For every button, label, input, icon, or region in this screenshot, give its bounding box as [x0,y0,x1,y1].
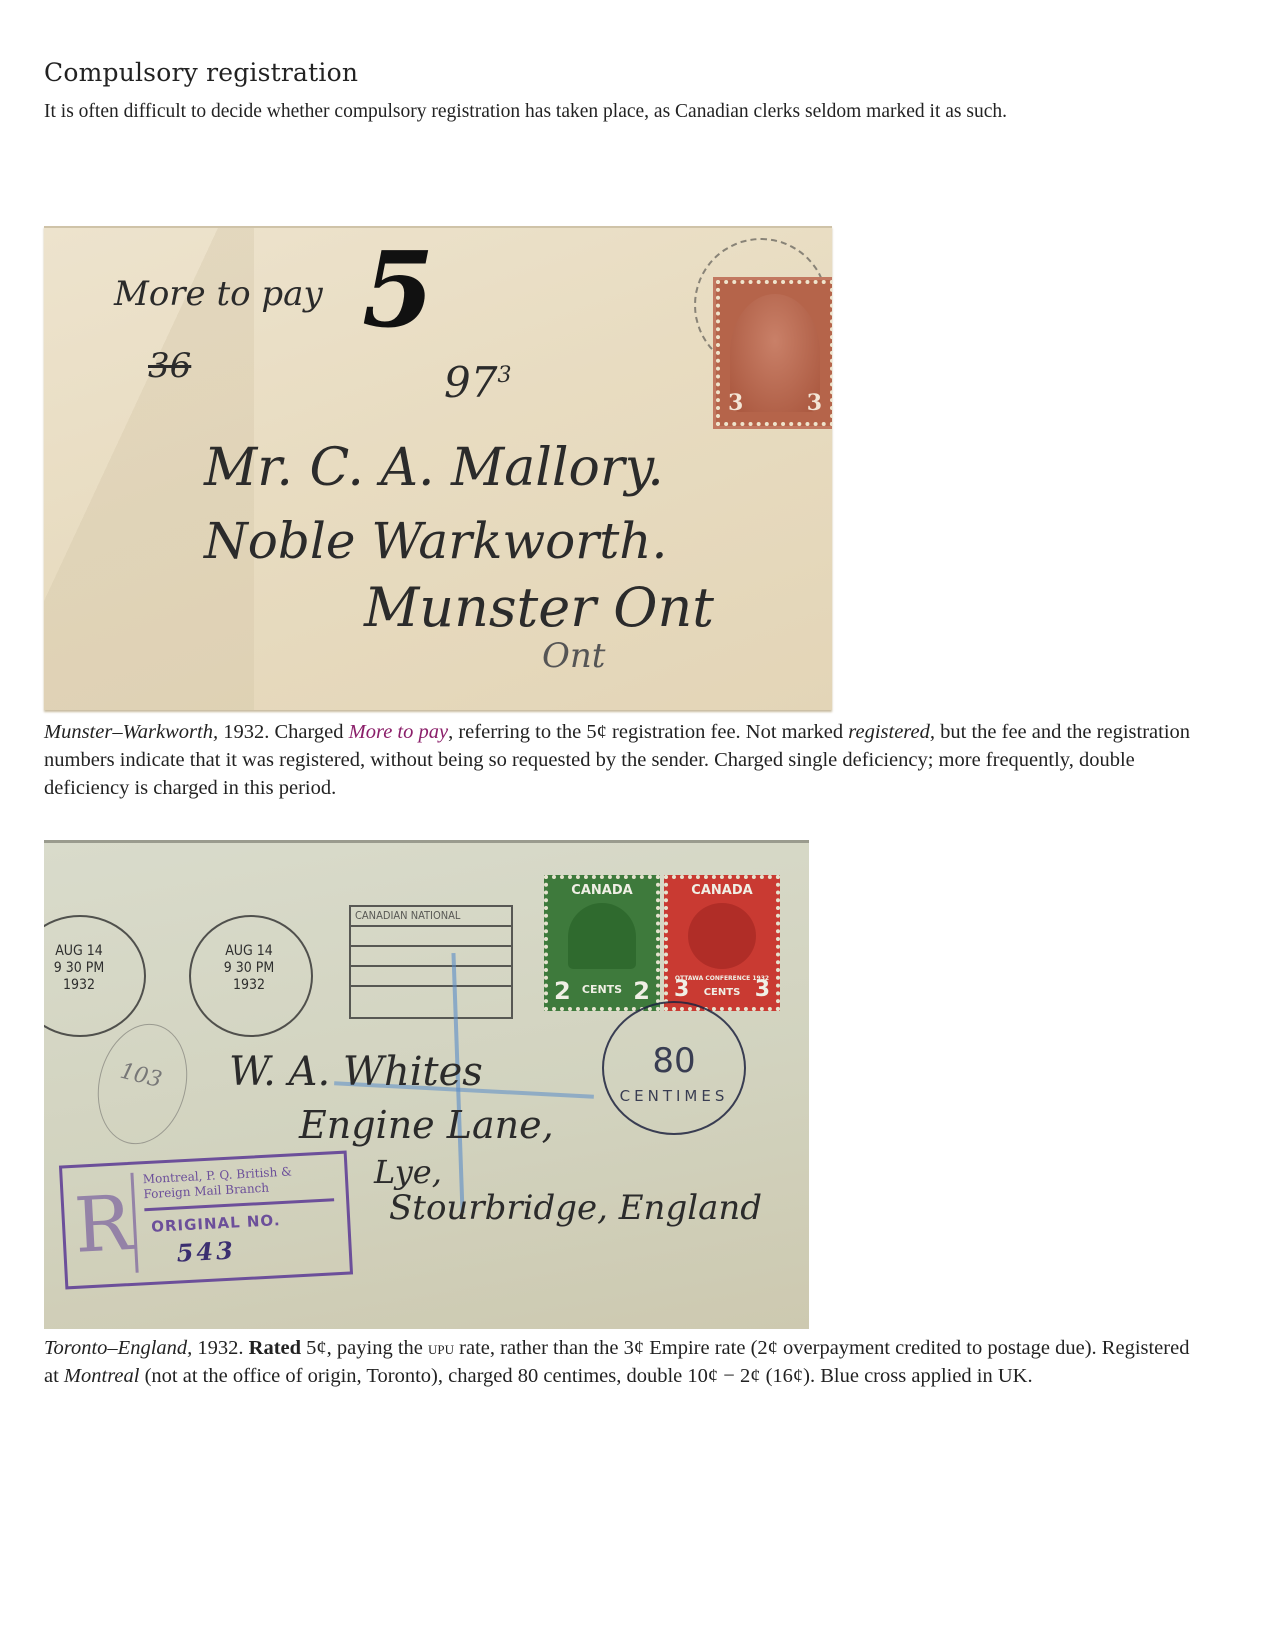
more-to-pay-note: More to pay [114,274,323,314]
cover-image-munster-warkworth: More to pay 5 36 973 3 3 Mr. C. A. Mallo… [44,226,832,710]
address-line-1: Mr. C. A. Mallory. [204,438,664,498]
stamp-3-cents-red: CANADA 3 OTTAWA CONFERENCE 1932 CENTS 3 [664,875,780,1011]
reg-number: 973 [444,358,511,407]
address-line-2: Noble Warkworth. [204,512,667,570]
registration-handstamp: R Montreal, P. Q. British & Foreign Mail… [59,1151,353,1290]
slogan-cancel: CANADIAN NATIONAL [349,905,513,1019]
highlight-more-to-pay: More to pay [349,721,448,743]
caption-munster-warkworth: Munster–Warkworth, 1932. Charged More to… [44,718,1194,802]
charge-numeral: 5 [362,228,434,351]
80-centimes-tax-mark: 80 CENTIMES [602,1001,746,1135]
crossed-reg-number: 36 [148,346,191,386]
address-line-3: Munster Ont [364,576,714,639]
stamp-3-cents: 3 3 [716,280,832,426]
address-line-4: Stourbridge, England [389,1188,762,1228]
page-title: Compulsory registration [44,58,358,87]
caption-toronto-england: Toronto–England, 1932. Rated 5¢, paying … [44,1334,1194,1390]
address-line-4: Ont [542,636,605,676]
stamp-2-cents-green: CANADA 2 CENTS 2 [544,875,660,1011]
cover-image-toronto-england: AUG 149 30 PM1932 AUG 149 30 PM1932 CANA… [44,840,809,1329]
address-line-2: Engine Lane, [299,1103,554,1147]
pencil-oval-mark: 103 [86,1014,200,1153]
intro-paragraph: It is often difficult to decide whether … [44,98,1194,126]
address-line-3: Lye, [374,1153,442,1191]
address-line-1: W. A. Whites [229,1049,483,1095]
